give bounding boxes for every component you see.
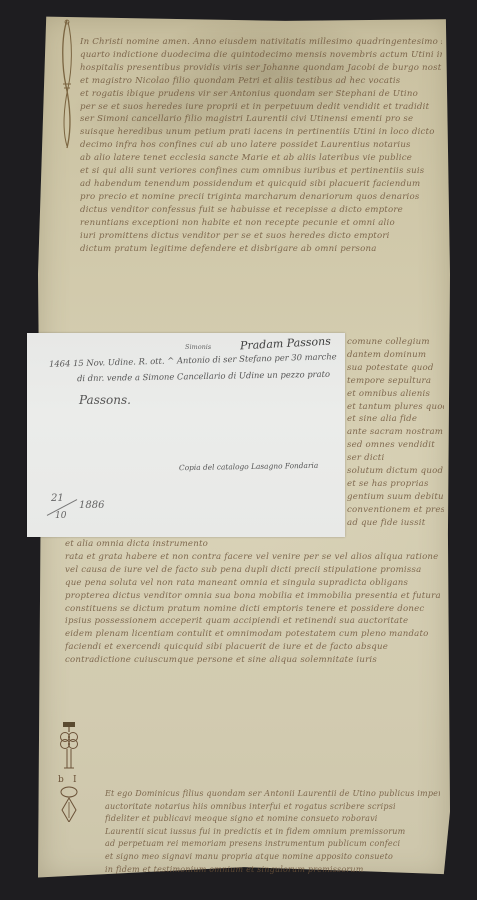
manuscript-line: propterea dictus venditor omnia sua bona… xyxy=(65,590,445,603)
label-summary-line-2: di dnr. vende a Simone Cancellario di Ud… xyxy=(77,369,330,383)
label-summary-line-1: 1464 15 Nov. Udine. R. ott. ^ Antonio di… xyxy=(49,351,337,369)
manuscript-line: ante sacram nostram xyxy=(347,426,444,439)
manuscript-line: et alia omnia dicta instrumento xyxy=(65,538,445,551)
manuscript-line: ad que fide iussit xyxy=(347,517,444,530)
manuscript-line: quarto indictione duodecima die quintode… xyxy=(80,49,442,62)
manuscript-line: In Christi nomine amen. Anno eiusdem nat… xyxy=(80,36,442,49)
manuscript-line: gentium suum debitum xyxy=(347,491,444,504)
label-signature: Passons. xyxy=(79,393,131,407)
manuscript-line: et tantum plures quod xyxy=(347,401,444,414)
manuscript-line: dictum pratum legitime defendere et disb… xyxy=(80,243,442,256)
decorative-initial-flourish-icon xyxy=(58,18,76,150)
manuscript-line: et signo meo signavi manu propria atque … xyxy=(105,851,440,864)
label-date: 21 10 1886 xyxy=(45,493,105,533)
label-insertion: Simonis xyxy=(185,343,211,351)
label-date-year: 1886 xyxy=(79,500,104,511)
label-date-month: 10 xyxy=(55,511,66,521)
manuscript-top-block: In Christi nomine amen. Anno eiusdem nat… xyxy=(80,36,442,255)
manuscript-line: et si qui alii sunt veriores confines cu… xyxy=(80,165,442,178)
manuscript-right-block: comune collegium dantem dominum sua pote… xyxy=(347,336,444,530)
manuscript-line: dictus venditor confessus fuit se habuis… xyxy=(80,204,442,217)
svg-text:b: b xyxy=(58,775,64,785)
manuscript-line: decimo infra hos confines cui ab uno lat… xyxy=(80,139,442,152)
manuscript-line: eidem plenam licentiam contulit et omnim… xyxy=(65,628,445,641)
manuscript-line: comune collegium xyxy=(347,336,444,349)
manuscript-line: vel causa de iure vel de facto sub pena … xyxy=(65,564,445,577)
label-source-note: Copia del catalogo Lasagno Fondaria xyxy=(179,461,318,472)
manuscript-line: tempore sepultura xyxy=(347,375,444,388)
manuscript-line: iuri promittens dictus venditor per se e… xyxy=(80,230,442,243)
manuscript-line: constituens se dictum pratum nomine dict… xyxy=(65,603,445,616)
manuscript-line: et se has proprias xyxy=(347,478,444,491)
manuscript-line: auctoritate notarius hiis omnibus interf… xyxy=(105,801,440,814)
manuscript-line: ser Simoni cancellario filio magistri La… xyxy=(80,113,442,126)
manuscript-line: pro precio et nomine precii triginta mar… xyxy=(80,191,442,204)
manuscript-line: Et ego Dominicus filius quondam ser Anto… xyxy=(105,788,440,801)
manuscript-line: et magistro Nicolao filio quondam Petri … xyxy=(80,75,442,88)
notary-signum-icon: b I xyxy=(52,722,86,822)
label-date-day: 21 xyxy=(51,493,64,504)
manuscript-line: fideliter et publicavi meoque signo et n… xyxy=(105,813,440,826)
manuscript-line: ipsius possessionem acceperit quam accip… xyxy=(65,615,445,628)
manuscript-line: dantem dominum xyxy=(347,349,444,362)
manuscript-line: ad perpetuam rei memoriam presens instru… xyxy=(105,838,440,851)
manuscript-line: solutum dictum quod xyxy=(347,465,444,478)
manuscript-line: faciendi et exercendi quicquid sibi plac… xyxy=(65,641,445,654)
manuscript-line: sua potestate quod xyxy=(347,362,444,375)
manuscript-line: ser dicti xyxy=(347,452,444,465)
manuscript-line: hospitalis presentibus providis viris se… xyxy=(80,62,442,75)
manuscript-line: Laurentii sicut iussus fui in predictis … xyxy=(105,826,440,839)
archival-label: Pradam Passons Simonis 1464 15 Nov. Udin… xyxy=(27,333,345,537)
manuscript-line: rata et grata habere et non contra facer… xyxy=(65,551,445,564)
label-title: Pradam Passons xyxy=(240,335,331,353)
manuscript-line: et sine alia fide xyxy=(347,413,444,426)
manuscript-line: ad habendum tenendum possidendum et quic… xyxy=(80,178,442,191)
svg-text:I: I xyxy=(73,775,77,785)
manuscript-middle-block: et alia omnia dicta instrumento rata et … xyxy=(65,538,445,667)
manuscript-line: conventionem et presens xyxy=(347,504,444,517)
notary-subscription-block: Et ego Dominicus filius quondam ser Anto… xyxy=(105,788,440,876)
manuscript-line: et rogatis ibique prudens vir ser Antoni… xyxy=(80,88,442,101)
manuscript-line: suisque heredibus unum petium prati iace… xyxy=(80,126,442,139)
manuscript-line: renuntians exceptioni non habite et non … xyxy=(80,217,442,230)
manuscript-line: per se et suos heredes iure proprii et i… xyxy=(80,101,442,114)
manuscript-line: sed omnes vendidit xyxy=(347,439,444,452)
manuscript-line: in fidem et testimonium omnium et singul… xyxy=(105,864,440,877)
manuscript-line: et omnibus alienis xyxy=(347,388,444,401)
manuscript-line: que pena soluta vel non rata maneant omn… xyxy=(65,577,445,590)
manuscript-line: contradictione cuiuscumque persone et si… xyxy=(65,654,445,667)
manuscript-line: ab alio latere tenet ecclesia sancte Mar… xyxy=(80,152,442,165)
